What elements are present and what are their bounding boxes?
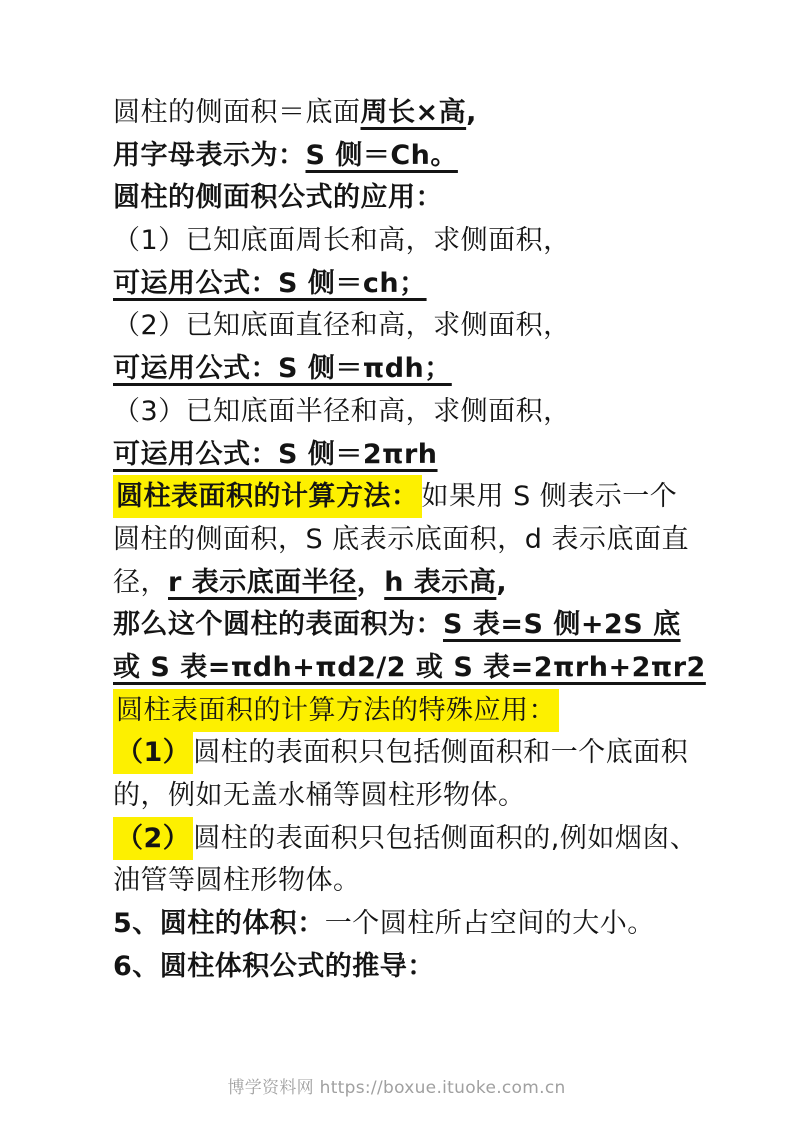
text-run: 油管等圆柱形物体。 — [113, 865, 361, 896]
text-run: 一个圆柱所占空间的大小。 — [325, 908, 655, 939]
text-run: 可运用公式：S 侧＝ch； — [113, 268, 427, 299]
text-run: h 表示高 — [384, 567, 496, 598]
text-run: 圆柱的侧面积公式的应用： — [113, 182, 443, 213]
highlighted-text-run: 圆柱表面积的计算方法： — [113, 475, 422, 518]
document-page: 圆柱的侧面积＝底面周长×高,用字母表示为：S 侧＝Ch。 圆柱的侧面积公式的应用… — [0, 0, 793, 1122]
text-run: 那么这个圆柱的表面积为： — [113, 609, 443, 640]
text-line: 的，例如无盖水桶等圆柱形物体。 — [113, 775, 693, 818]
text-run: 可运用公式：S 侧＝πdh； — [113, 353, 452, 384]
text-line: （3）已知底面半径和高，求侧面积， — [113, 391, 693, 434]
text-line: （1）圆柱的表面积只包括侧面积和一个底面积 — [113, 732, 693, 775]
text-run: 或 S 表=πdh+πd2/2 或 S 表=2πrh+2πr2 — [113, 652, 706, 683]
text-line: 5、圆柱的体积：一个圆柱所占空间的大小。 — [113, 903, 693, 946]
text-run: 用字母表示为： — [113, 140, 306, 171]
text-line: 圆柱的侧面积公式的应用： — [113, 177, 693, 220]
highlighted-text-run: 圆柱表面积的计算方法的特殊应用： — [113, 689, 559, 732]
text-line: 圆柱表面积的计算方法的特殊应用： — [113, 690, 693, 733]
text-run: 的，例如无盖水桶等圆柱形物体。 — [113, 780, 526, 811]
text-line: 可运用公式：S 侧＝πdh； — [113, 348, 693, 391]
footer-watermark: 博学资料网 https://boxue.ituoke.com.cn — [0, 1073, 793, 1098]
text-run: （3）已知底面半径和高，求侧面积， — [113, 396, 571, 427]
text-line: （1）已知底面周长和高，求侧面积， — [113, 220, 693, 263]
highlighted-text-run: （2） — [113, 817, 193, 860]
text-run: , — [496, 567, 507, 598]
text-line: 或 S 表=πdh+πd2/2 或 S 表=2πrh+2πr2 — [113, 647, 693, 690]
text-line: 可运用公式：S 侧＝2πrh — [113, 434, 693, 477]
text-run: S 表=S 侧+2S 底 — [443, 609, 681, 640]
text-run: 可运用公式：S 侧＝2πrh — [113, 439, 438, 470]
text-line: 可运用公式：S 侧＝ch； — [113, 263, 693, 306]
text-run: （1）已知底面周长和高，求侧面积， — [113, 225, 571, 256]
text-run: r 表示底面半径 — [168, 567, 357, 598]
text-line: 圆柱的侧面积，S 底表示底面积，d 表示底面直 — [113, 519, 693, 562]
text-run: 径， — [113, 567, 168, 598]
text-run: 圆柱的表面积只包括侧面积和一个底面积 — [193, 737, 688, 768]
highlighted-text-run: （1） — [113, 731, 193, 774]
text-line: 径，r 表示底面半径，h 表示高, — [113, 562, 693, 605]
text-line: （2）已知底面直径和高，求侧面积， — [113, 305, 693, 348]
text-line: 6、圆柱体积公式的推导： — [113, 946, 693, 989]
text-line: 用字母表示为：S 侧＝Ch。 — [113, 135, 693, 178]
text-run: 周长×高 — [361, 97, 467, 128]
text-line: 那么这个圆柱的表面积为：S 表=S 侧+2S 底 — [113, 604, 693, 647]
text-run: 圆柱的表面积只包括侧面积的,例如烟囱、 — [193, 823, 697, 854]
text-run: , — [466, 97, 477, 128]
text-line: 油管等圆柱形物体。 — [113, 860, 693, 903]
text-run: （2）已知底面直径和高，求侧面积， — [113, 310, 571, 341]
text-run: 5、圆柱的体积： — [113, 908, 325, 939]
text-line: （2）圆柱的表面积只包括侧面积的,例如烟囱、 — [113, 818, 693, 861]
text-run: 如果用 S 侧表示一个 — [422, 481, 678, 512]
text-line: 圆柱的侧面积＝底面周长×高, — [113, 92, 693, 135]
text-line: 圆柱表面积的计算方法：如果用 S 侧表示一个 — [113, 476, 693, 519]
text-run: 圆柱的侧面积，S 底表示底面积，d 表示底面直 — [113, 524, 689, 555]
text-run: ， — [357, 567, 385, 598]
text-run: S 侧＝Ch。 — [306, 140, 458, 171]
document-body: 圆柱的侧面积＝底面周长×高,用字母表示为：S 侧＝Ch。 圆柱的侧面积公式的应用… — [113, 92, 693, 988]
text-run: 6、圆柱体积公式的推导： — [113, 951, 435, 982]
text-run: 圆柱的侧面积＝底面 — [113, 97, 361, 128]
